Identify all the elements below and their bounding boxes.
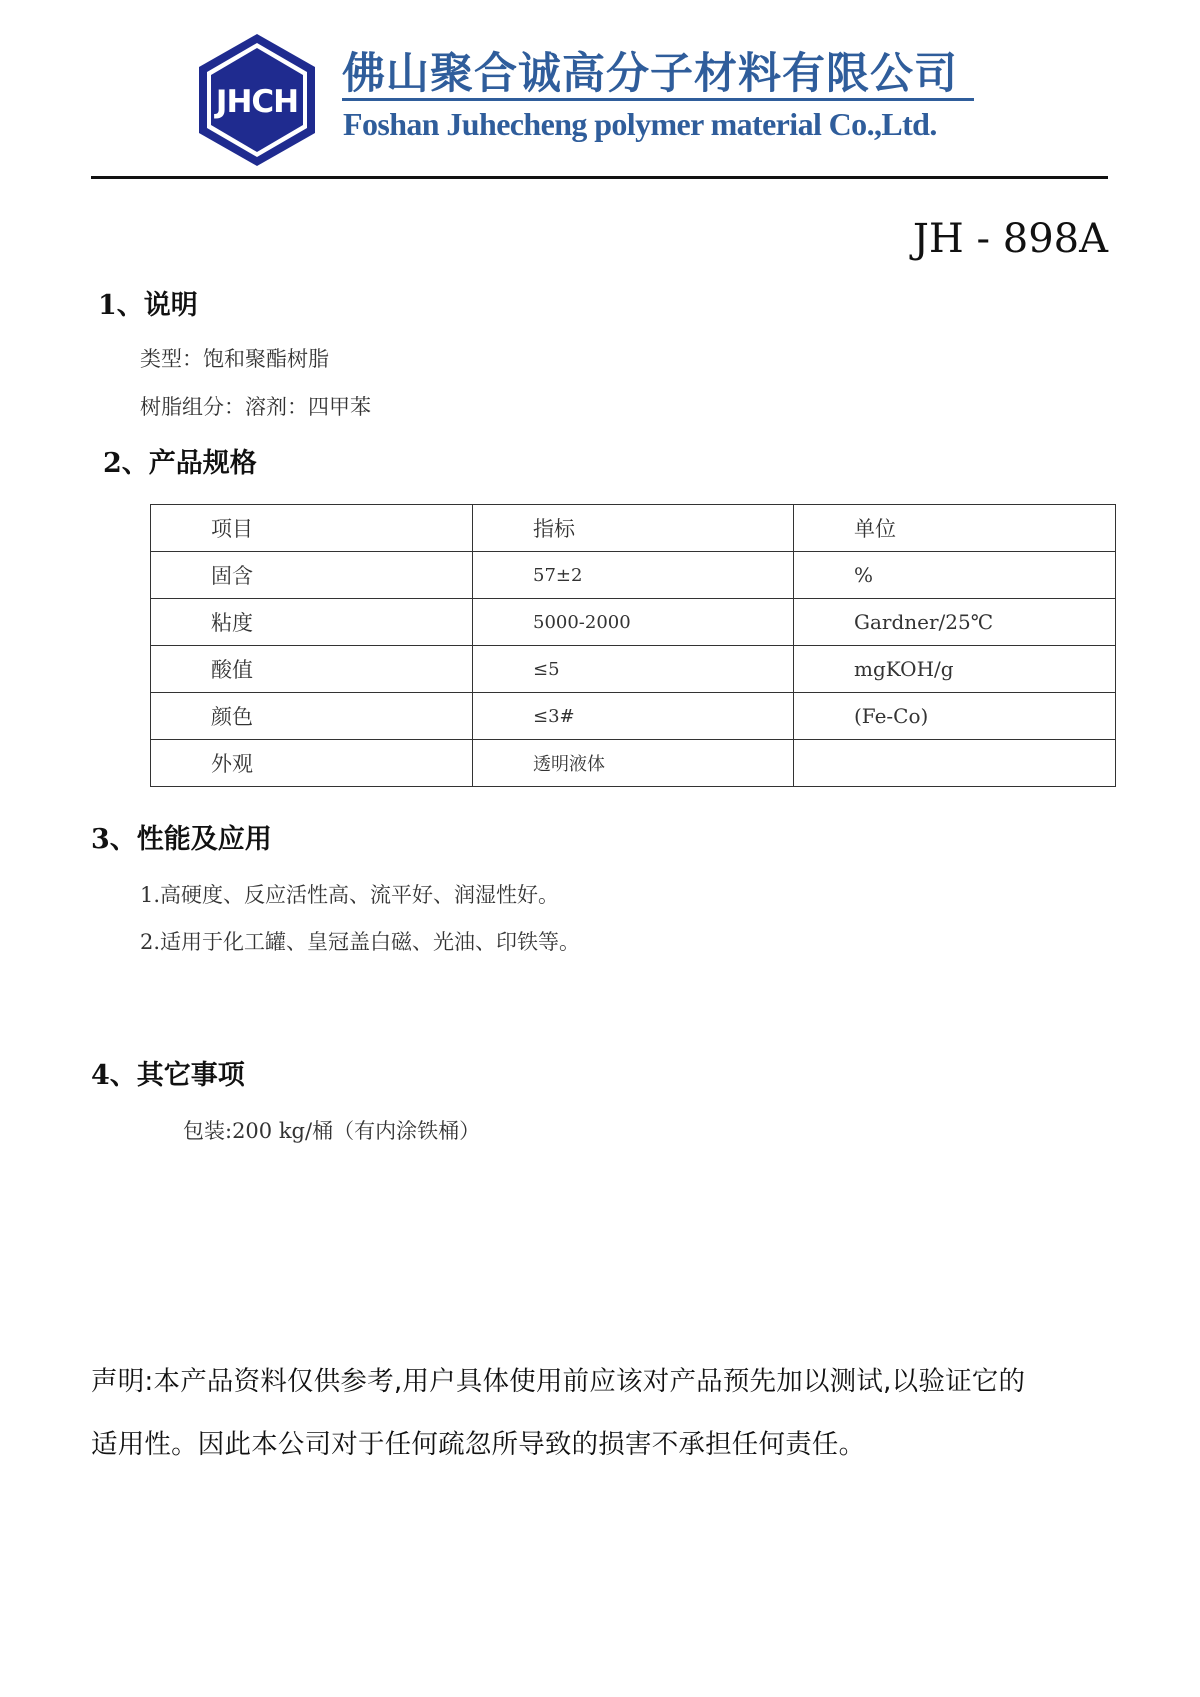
table-cell-item: 粘度	[151, 599, 473, 646]
header-divider	[91, 176, 1108, 179]
section-heading-specifications: 2、产品规格	[103, 446, 257, 482]
section-heading-description: 1、说明	[98, 288, 198, 324]
performance-item-2: 2.适用于化工罐、皇冠盖白磁、光油、印铁等。	[140, 927, 580, 957]
table-cell-value: ≤5	[473, 646, 794, 693]
table-header-unit: 单位	[794, 505, 1116, 552]
performance-item-1: 1.高硬度、反应活性高、流平好、润湿性好。	[140, 880, 559, 910]
hexagon-logo-icon: JHCH	[196, 32, 318, 168]
disclaimer-line-2: 适用性。因此本公司对于任何疏忽所导致的损害不承担任何责任。	[91, 1413, 1121, 1476]
table-cell-value: 透明液体	[473, 740, 794, 787]
disclaimer: 声明:本产品资料仅供参考,用户具体使用前应该对产品预先加以测试,以验证它的 适用…	[91, 1350, 1121, 1476]
table-cell-unit: Gardner/25℃	[794, 599, 1116, 646]
table-row: 颜色 ≤3# (Fe-Co)	[151, 693, 1116, 740]
description-type: 类型：饱和聚酯树脂	[140, 344, 329, 374]
description-resin-component: 树脂组分：溶剂：四甲苯	[140, 392, 371, 422]
table-cell-item: 固含	[151, 552, 473, 599]
section-heading-performance: 3、性能及应用	[91, 822, 272, 858]
table-cell-value: ≤3#	[473, 693, 794, 740]
packaging-info: 包装:200 kg/桶（有内涂铁桶）	[183, 1116, 480, 1146]
table-cell-unit: %	[794, 552, 1116, 599]
table-cell-unit: mgKOH/g	[794, 646, 1116, 693]
table-cell-item: 外观	[151, 740, 473, 787]
table-cell-item: 颜色	[151, 693, 473, 740]
company-name-cn: 佛山聚合诚高分子材料有限公司	[342, 48, 958, 100]
product-code: JH - 898A	[913, 214, 1108, 264]
spec-table: 项目 指标 单位 固含 57±2 % 粘度 5000-2000 Gardner/…	[150, 504, 1116, 787]
table-header-item: 项目	[151, 505, 473, 552]
table-row: 外观 透明液体	[151, 740, 1116, 787]
table-row: 酸值 ≤5 mgKOH/g	[151, 646, 1116, 693]
table-cell-value: 5000-2000	[473, 599, 794, 646]
disclaimer-line-1: 声明:本产品资料仅供参考,用户具体使用前应该对产品预先加以测试,以验证它的	[91, 1350, 1121, 1413]
table-header-row: 项目 指标 单位	[151, 505, 1116, 552]
company-name-underline	[342, 98, 974, 101]
section-heading-other: 4、其它事项	[91, 1058, 245, 1094]
company-logo: JHCH	[196, 32, 318, 168]
company-name-en: Foshan Juhecheng polymer material Co.,Lt…	[343, 104, 937, 144]
table-row: 粘度 5000-2000 Gardner/25℃	[151, 599, 1116, 646]
svg-text:JHCH: JHCH	[214, 84, 298, 120]
table-row: 固含 57±2 %	[151, 552, 1116, 599]
table-cell-unit: (Fe-Co)	[794, 693, 1116, 740]
table-cell-item: 酸值	[151, 646, 473, 693]
table-cell-value: 57±2	[473, 552, 794, 599]
table-cell-unit	[794, 740, 1116, 787]
table-header-value: 指标	[473, 505, 794, 552]
